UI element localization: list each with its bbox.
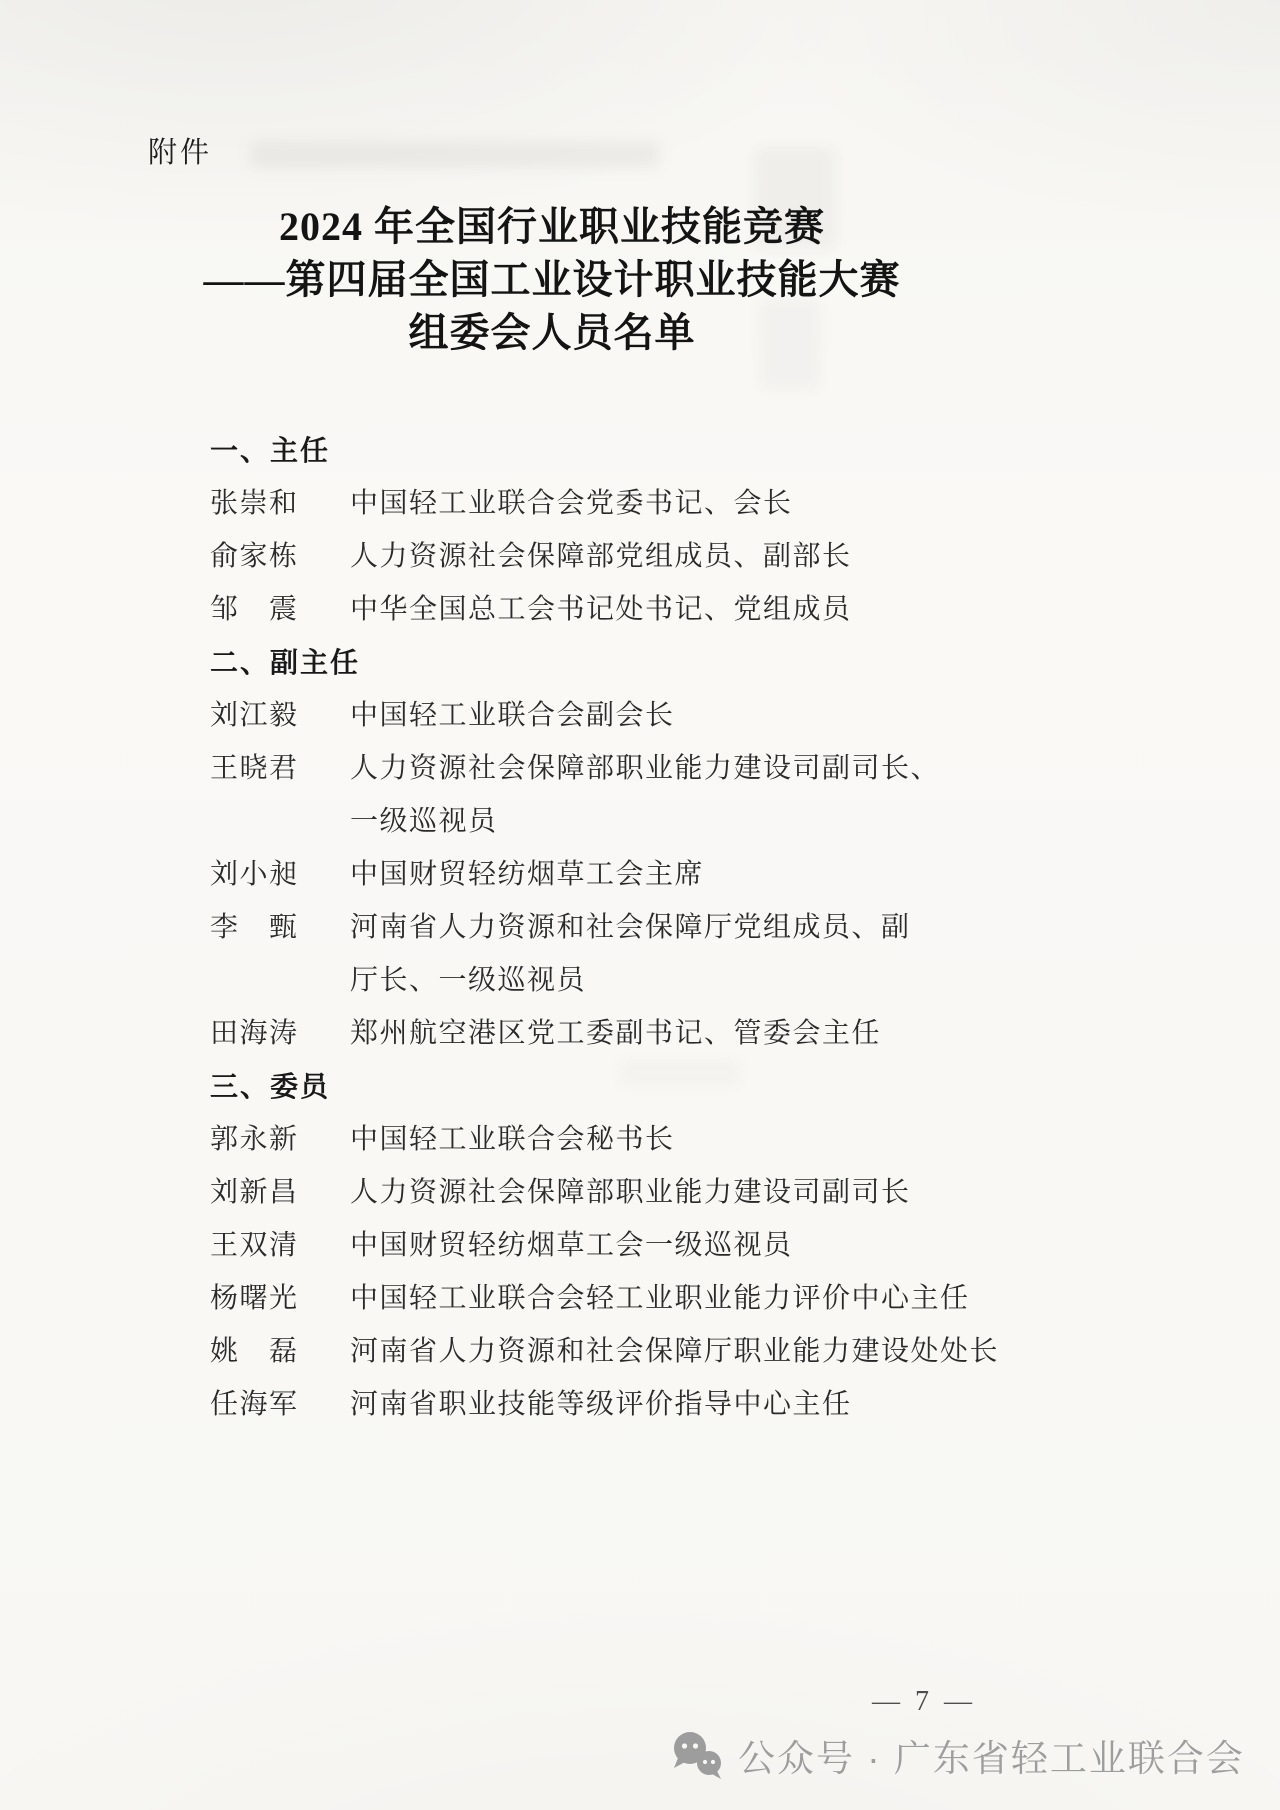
watermark: 公众号 · 广东省轻工业联合会	[668, 1728, 1245, 1782]
member-name: 姚 磊	[210, 1325, 350, 1378]
title-line-1: 2024 年全国行业职业技能竞赛	[0, 200, 1104, 253]
member-row: 田海涛郑州航空港区党工委副书记、管委会主任	[210, 1007, 1090, 1060]
member-title: 中华全国总工会书记处书记、党组成员	[350, 583, 1030, 636]
member-row: 俞家栋人力资源社会保障部党组成员、副部长	[210, 530, 1090, 583]
member-title: 中国轻工业联合会党委书记、会长	[350, 477, 1030, 530]
member-row: 刘小昶中国财贸轻纺烟草工会主席	[210, 848, 1090, 901]
watermark-text: 公众号 · 广东省轻工业联合会	[738, 1728, 1245, 1782]
member-name: 郭永新	[210, 1113, 350, 1166]
member-name: 俞家栋	[210, 530, 350, 583]
member-row: 郭永新中国轻工业联合会秘书长	[210, 1113, 1090, 1166]
member-title: 河南省人力资源和社会保障厅职业能力建设处处长	[350, 1325, 1030, 1378]
attachment-label: 附件	[148, 130, 212, 171]
member-title: 中国财贸轻纺烟草工会主席	[350, 848, 1030, 901]
member-title: 河南省人力资源和社会保障厅党组成员、副 厅长、一级巡视员	[350, 901, 1030, 1007]
document-title: 2024 年全国行业职业技能竞赛 ——第四届全国工业设计职业技能大赛 组委会人员…	[0, 200, 1104, 359]
member-name: 刘江毅	[210, 689, 350, 742]
member-name: 杨曙光	[210, 1272, 350, 1325]
member-name: 王晓君	[210, 742, 350, 795]
title-line-3: 组委会人员名单	[0, 306, 1104, 359]
member-row: 刘江毅中国轻工业联合会副会长	[210, 689, 1090, 742]
section-heading: 一、主任	[210, 424, 1090, 477]
member-row: 姚 磊河南省人力资源和社会保障厅职业能力建设处处长	[210, 1325, 1090, 1378]
member-title: 郑州航空港区党工委副书记、管委会主任	[350, 1007, 1030, 1060]
member-title: 中国轻工业联合会副会长	[350, 689, 1030, 742]
member-name: 邹 震	[210, 583, 350, 636]
member-row: 王双清中国财贸轻纺烟草工会一级巡视员	[210, 1219, 1090, 1272]
member-name: 王双清	[210, 1219, 350, 1272]
member-row: 王晓君人力资源社会保障部职业能力建设司副司长、 一级巡视员	[210, 742, 1090, 848]
member-name: 任海军	[210, 1378, 350, 1431]
committee-roster: 一、主任张崇和中国轻工业联合会党委书记、会长俞家栋人力资源社会保障部党组成员、副…	[210, 424, 1090, 1431]
section-heading: 三、委员	[210, 1060, 1090, 1113]
wechat-official-account-icon	[668, 1730, 726, 1780]
member-row: 邹 震中华全国总工会书记处书记、党组成员	[210, 583, 1090, 636]
member-row: 任海军河南省职业技能等级评价指导中心主任	[210, 1378, 1090, 1431]
section-heading: 二、副主任	[210, 636, 1090, 689]
page-number: — 7 —	[872, 1686, 976, 1718]
member-name: 刘新昌	[210, 1166, 350, 1219]
member-name: 刘小昶	[210, 848, 350, 901]
document-page: 附件 2024 年全国行业职业技能竞赛 ——第四届全国工业设计职业技能大赛 组委…	[0, 0, 1280, 1810]
member-row: 张崇和中国轻工业联合会党委书记、会长	[210, 477, 1090, 530]
member-title: 河南省职业技能等级评价指导中心主任	[350, 1378, 1030, 1431]
member-row: 杨曙光中国轻工业联合会轻工业职业能力评价中心主任	[210, 1272, 1090, 1325]
member-title: 人力资源社会保障部职业能力建设司副司长、 一级巡视员	[350, 742, 1030, 848]
scan-bleedthrough-artifact	[250, 142, 660, 168]
member-title: 中国轻工业联合会秘书长	[350, 1113, 1030, 1166]
member-title: 人力资源社会保障部职业能力建设司副司长	[350, 1166, 1030, 1219]
member-row: 李 甄河南省人力资源和社会保障厅党组成员、副 厅长、一级巡视员	[210, 901, 1090, 1007]
member-name: 田海涛	[210, 1007, 350, 1060]
title-line-2: ——第四届全国工业设计职业技能大赛	[0, 253, 1104, 306]
member-title: 中国财贸轻纺烟草工会一级巡视员	[350, 1219, 1030, 1272]
member-name: 张崇和	[210, 477, 350, 530]
member-title: 中国轻工业联合会轻工业职业能力评价中心主任	[350, 1272, 1030, 1325]
member-title: 人力资源社会保障部党组成员、副部长	[350, 530, 1030, 583]
member-row: 刘新昌人力资源社会保障部职业能力建设司副司长	[210, 1166, 1090, 1219]
member-name: 李 甄	[210, 901, 350, 954]
